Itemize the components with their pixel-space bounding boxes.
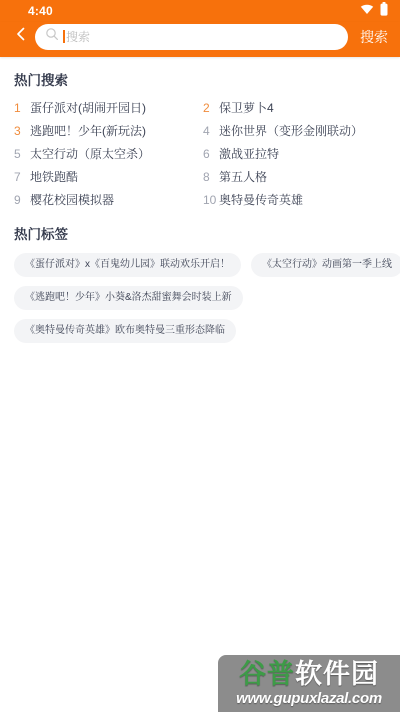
hot-tag-chip[interactable]: 《奥特曼传奇英雄》欧布奥特曼三重形态降临 <box>14 319 236 343</box>
search-submit-button[interactable]: 搜索 <box>360 27 388 47</box>
rank-number: 9 <box>14 193 30 207</box>
watermark-url: www.gupuxlazal.com <box>236 690 382 707</box>
status-bar: 4:40 <box>0 0 400 22</box>
hot-tags-title: 热门标签 <box>14 223 386 243</box>
watermark-brand-green: 谷普 <box>239 659 295 689</box>
hot-search-item[interactable]: 3 逃跑吧！少年(新玩法) <box>14 119 197 142</box>
hot-search-item-label: 樱花校园模拟器 <box>30 191 114 208</box>
hot-search-item[interactable]: 8 第五人格 <box>203 165 386 188</box>
hot-search-item-label: 逃跑吧！少年(新玩法) <box>30 122 146 139</box>
hot-search-item[interactable]: 4 迷你世界（变形金刚联动） <box>203 119 386 142</box>
hot-search-item[interactable]: 6 激战亚拉特 <box>203 142 386 165</box>
hot-tag-chip[interactable]: 《逃跑吧！少年》小葵&洛杰甜蜜舞会时装上新 <box>14 286 243 310</box>
rank-number: 8 <box>203 170 219 184</box>
hot-tag-chip[interactable]: 《蛋仔派对》x《百鬼幼儿园》联动欢乐开启！ <box>14 253 241 277</box>
hot-search-item[interactable]: 10 奥特曼传奇英雄 <box>203 188 386 211</box>
status-time: 4:40 <box>28 4 53 18</box>
hot-search-item[interactable]: 9 樱花校园模拟器 <box>14 188 197 211</box>
chevron-left-icon <box>15 26 27 47</box>
rank-number: 5 <box>14 147 30 161</box>
hot-search-item-label: 蛋仔派对(胡闹开园日) <box>30 99 146 116</box>
search-input[interactable] <box>66 30 338 44</box>
search-input-container[interactable] <box>35 24 348 50</box>
rank-number: 7 <box>14 170 30 184</box>
rank-number: 2 <box>203 101 219 115</box>
rank-number: 10 <box>203 193 219 207</box>
hot-search-item[interactable]: 7 地铁跑酷 <box>14 165 197 188</box>
hot-search-item[interactable]: 1 蛋仔派对(胡闹开园日) <box>14 96 197 119</box>
rank-number: 3 <box>14 124 30 138</box>
hot-tag-chip[interactable]: 《太空行动》动画第一季上线 <box>251 253 400 277</box>
hot-tags-list: 《蛋仔派对》x《百鬼幼儿园》联动欢乐开启！《太空行动》动画第一季上线《逃跑吧！少… <box>14 253 386 343</box>
hot-search-item[interactable]: 2 保卫萝卜4 <box>203 96 386 119</box>
hot-search-item-label: 地铁跑酷 <box>30 168 78 185</box>
search-header: 搜索 <box>0 22 400 57</box>
page-content: 热门搜索 1 蛋仔派对(胡闹开园日) 2 保卫萝卜4 3 逃跑吧！少年(新玩法)… <box>0 69 400 343</box>
watermark-brand-white: 软件园 <box>295 659 379 689</box>
rank-number: 4 <box>203 124 219 138</box>
back-button[interactable] <box>10 24 32 50</box>
hot-search-grid: 1 蛋仔派对(胡闹开园日) 2 保卫萝卜4 3 逃跑吧！少年(新玩法) 4 迷你… <box>14 96 386 211</box>
hot-search-item-label: 第五人格 <box>219 168 267 185</box>
search-icon <box>45 27 59 46</box>
hot-search-item-label: 保卫萝卜4 <box>219 99 274 116</box>
hot-search-item[interactable]: 5 太空行动（原太空杀） <box>14 142 197 165</box>
app-header-area: 4:40 搜索 <box>0 0 400 57</box>
hot-search-item-label: 迷你世界（变形金刚联动） <box>219 122 363 139</box>
rank-number: 6 <box>203 147 219 161</box>
hot-search-item-label: 太空行动（原太空杀） <box>30 145 150 162</box>
rank-number: 1 <box>14 101 30 115</box>
hot-search-title: 热门搜索 <box>14 69 386 89</box>
watermark: 谷普软件园 www.gupuxlazal.com <box>218 655 400 712</box>
hot-search-item-label: 激战亚拉特 <box>219 145 279 162</box>
watermark-brand: 谷普软件园 <box>239 661 379 688</box>
hot-search-item-label: 奥特曼传奇英雄 <box>219 191 303 208</box>
battery-icon <box>380 2 388 21</box>
wifi-icon <box>360 2 374 20</box>
text-caret <box>63 30 65 43</box>
